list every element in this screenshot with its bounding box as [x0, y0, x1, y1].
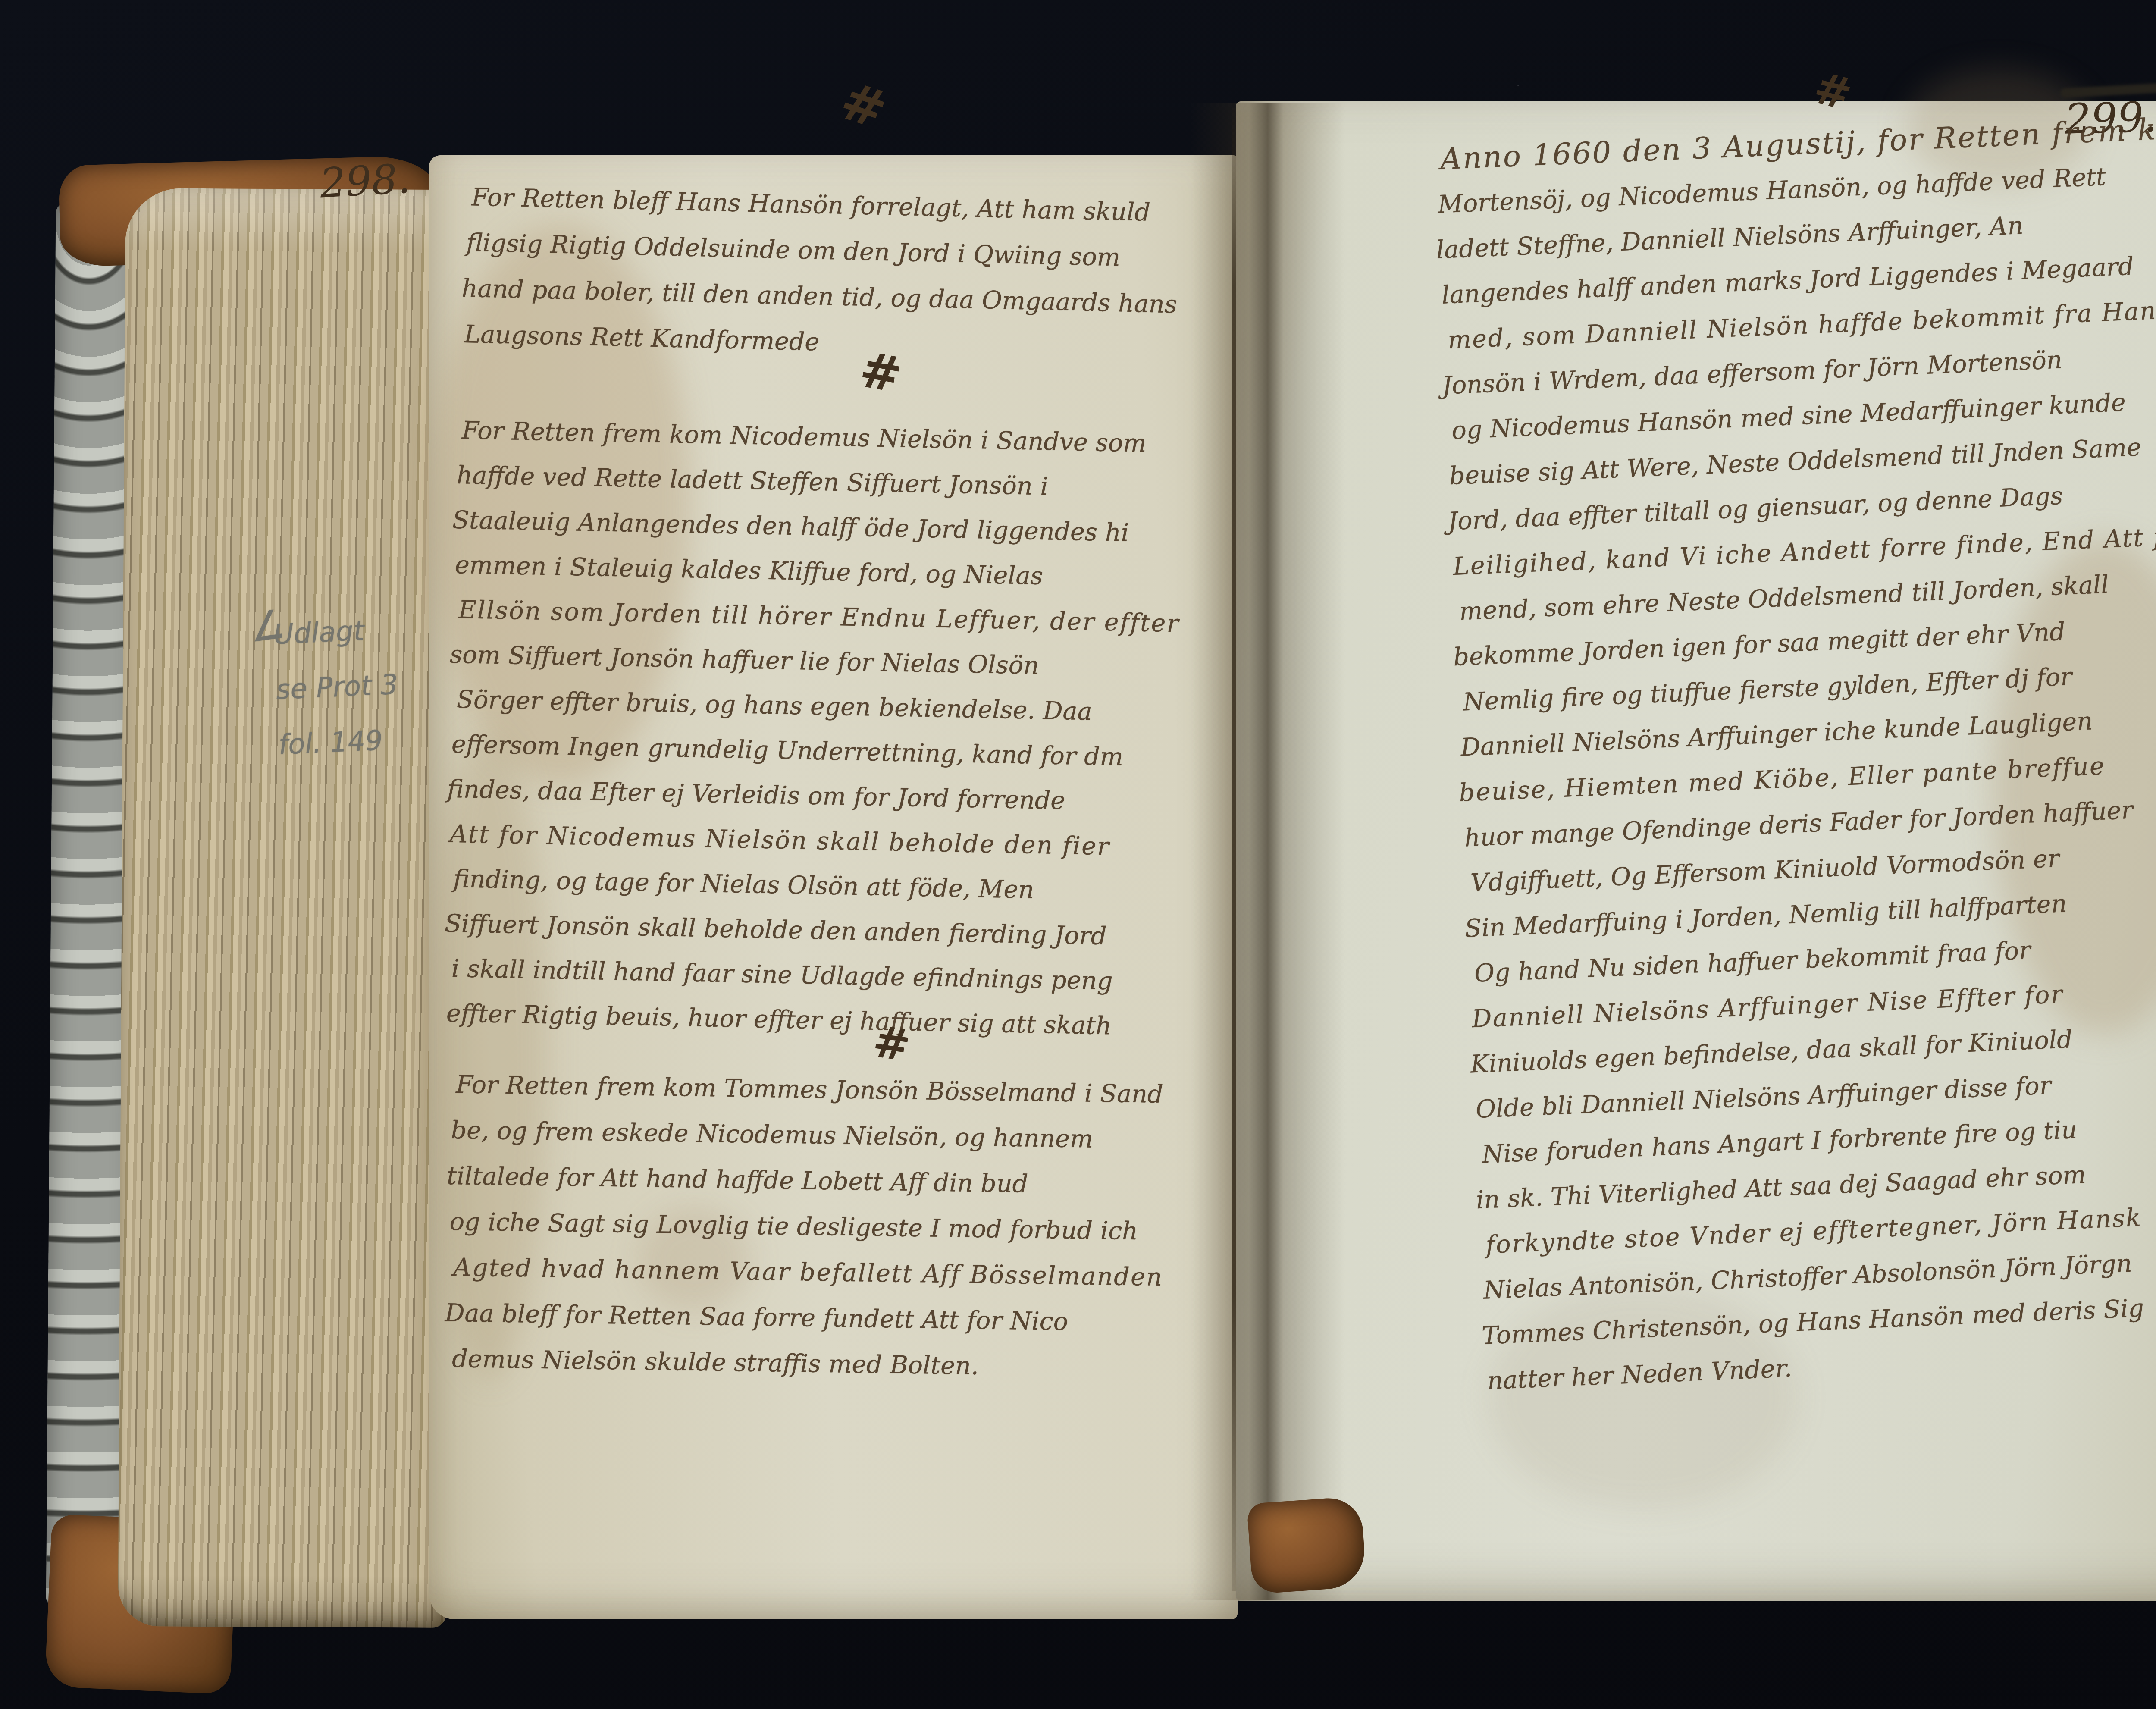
paragraph-left-1: For Retten bleff Hans Hansön forrelagt, …: [464, 174, 1180, 373]
paragraph-right: Anno 1660 den 3 Augustij, for Retten fre…: [1435, 102, 2156, 1404]
paragraph-left-2: For Retten frem kom Nicodemus Nielsön i …: [446, 408, 1184, 1050]
manuscript-line: Udlagt: [273, 602, 397, 662]
gutter-fold-line: [1232, 108, 1236, 1591]
manuscript-line: se Prot 3: [275, 657, 399, 718]
page-number-left: 298.: [319, 156, 411, 207]
bottom-gutter-leather: [1247, 1496, 1367, 1594]
photo-backdrop: 298. # For Retten bleff Hans Hansön forr…: [0, 0, 2156, 1709]
gutter-shadow: [1190, 103, 1345, 1600]
section-mark-left-top: #: [833, 69, 894, 142]
manuscript-line: fol. 149: [277, 712, 402, 773]
section-mark-left-divider-2: #: [870, 1016, 913, 1072]
paragraph-left-3: For Retten frem kom Tommes Jonsön Bössel…: [448, 1062, 1166, 1392]
margin-note: Udlagtse Prot 3fol. 149: [273, 602, 402, 773]
left-page-edges-stack: [118, 188, 454, 1628]
